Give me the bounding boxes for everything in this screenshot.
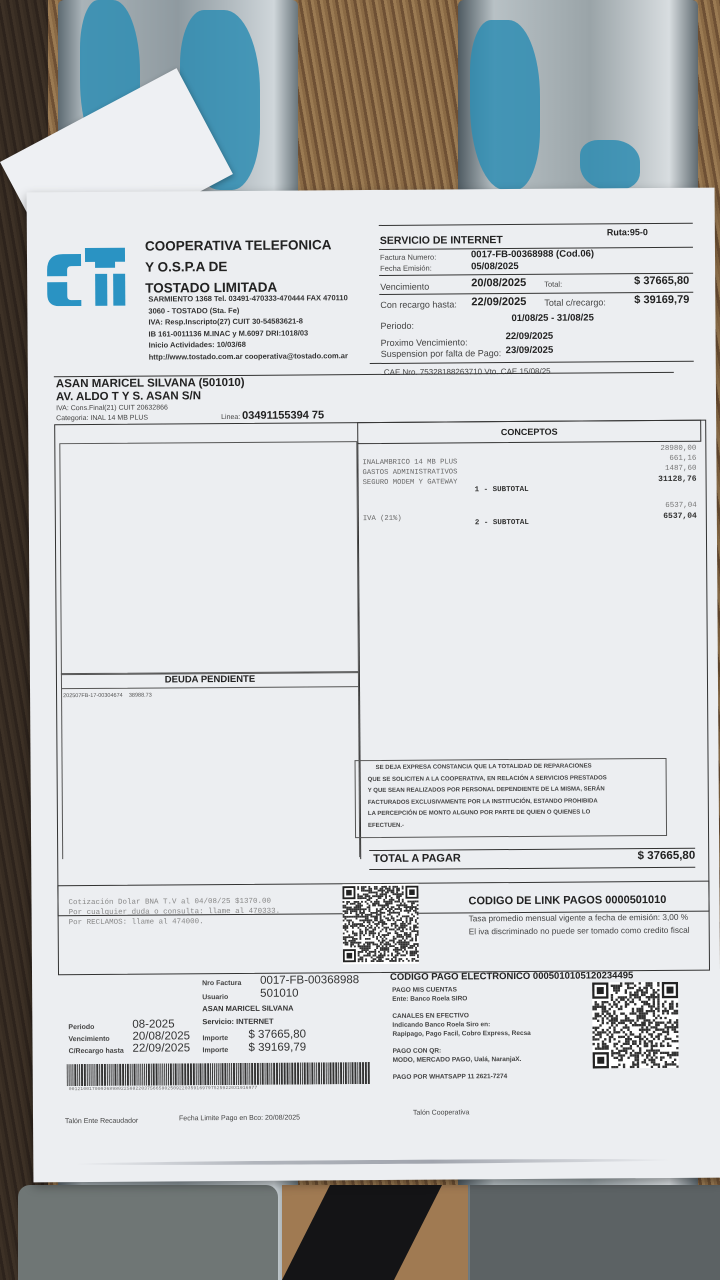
concept-label: INALAMBRICO 14 MB PLUS <box>362 458 457 467</box>
total-recargo-label: Total c/recargo: <box>544 297 606 307</box>
linea-label: Linea: <box>221 414 240 421</box>
deuda-amount: 38988.73 <box>129 693 152 699</box>
concept-label: GASTOS ADMINISTRATIVOS <box>362 468 457 477</box>
total-pagar-amount: $ 37665,80 <box>638 850 696 862</box>
nro-factura-value: 0017-FB-00368988 <box>260 974 359 987</box>
invoice-paper: COOPERATIVA TELEFONICA Y O.S.P.A DE TOST… <box>27 188 720 1183</box>
total-label: Total: <box>544 280 562 289</box>
vencimiento-label: Vencimiento <box>68 1036 109 1043</box>
paint-patch <box>580 140 640 190</box>
concept-amount: 28980,00 <box>660 445 696 453</box>
nro-factura-label: Nro Factura <box>202 980 241 987</box>
talon-coop-label: Talón Cooperativa <box>413 1109 469 1116</box>
total-recargo-amount: $ 39169,79 <box>634 294 689 306</box>
company-web: http://www.tostado.com.ar cooperativa@to… <box>149 350 349 363</box>
codigo-pago-electronico: CODIGO PAGO ELECTRONICO 0005010105120234… <box>390 970 633 983</box>
concept-label: SEGURO MODEM Y GATEWAY <box>363 478 458 487</box>
service-title: SERVICIO DE INTERNET <box>380 234 503 247</box>
iva-amount: 6537,04 <box>665 502 697 510</box>
company-name-line: Y O.S.P.A DE <box>145 255 332 277</box>
pay-qr: PAGO CON QR: MODO, MERCADO PAGO, Ualá, N… <box>393 1046 522 1065</box>
proximo-date: 22/09/2025 <box>506 331 554 342</box>
pay-efectivo: CANALES EN EFECTIVO Indicando Banco Roel… <box>392 1011 531 1039</box>
tasa-note: Tasa promedio mensual vigente a fecha de… <box>469 912 689 924</box>
company-address: SARMIENTO 1368 Tel. 03491-470333-470444 … <box>148 292 348 305</box>
pay-line: MODO, MERCADO PAGO, Ualá, NaranjaX. <box>393 1055 522 1065</box>
concept-amount: 661,16 <box>669 455 696 463</box>
recargo-label: Con recargo hasta: <box>380 299 457 310</box>
pay-whatsapp: PAGO POR WHATSAPP 11 2621-7274 <box>393 1072 508 1082</box>
subtotal2-amount: 6537,04 <box>663 512 697 521</box>
linea: Linea: 03491155394 75 <box>221 409 324 422</box>
bench-lower <box>0 1185 720 1280</box>
deuda-panel <box>61 685 360 859</box>
link-pagos-code: CODIGO DE LINK PAGOS 0000501010 <box>468 894 666 907</box>
importe-label: Importe <box>202 1035 228 1042</box>
payment-stub: Nro Factura 0017-FB-00368988 Usuario 501… <box>32 970 720 1175</box>
notice-line: EFECTUEN.- <box>368 819 660 833</box>
blank-panel <box>59 441 359 675</box>
company-info: SARMIENTO 1368 Tel. 03491-470333-470444 … <box>148 292 348 362</box>
detail-grid: CONCEPTOS 28980,00 INALAMBRICO 14 MB PLU… <box>54 420 709 917</box>
total-pagar-label: TOTAL A PAGAR <box>373 852 461 865</box>
suspension-date: 23/09/2025 <box>506 345 554 356</box>
footer-box: Cotización Dolar BNA T.V al 04/08/25 $13… <box>57 881 710 976</box>
total-amount: $ 37665,80 <box>634 275 689 287</box>
recargo-date: 22/09/2025 <box>471 296 526 308</box>
factura-label: Factura Numero: <box>380 253 436 262</box>
divider <box>54 372 674 377</box>
ruta: Ruta:95-0 <box>607 227 648 237</box>
pay-line: PAGO POR WHATSAPP 11 2621-7274 <box>393 1072 508 1082</box>
pay-line: Ente: Banco Roela SIRO <box>392 994 467 1004</box>
linea-number: 03491155394 75 <box>242 409 324 422</box>
footer-notes: Cotización Dolar BNA T.V al 04/08/25 $13… <box>68 897 280 928</box>
reclamos-note: Por RECLAMOS: llame al 474000. <box>69 917 281 928</box>
iva-note: El iva discriminado no puede ser tomado … <box>469 925 690 937</box>
subtotal1-amount: 31128,76 <box>658 475 696 484</box>
talon-client: ASAN MARICEL SILVANA <box>202 1004 293 1014</box>
recargo-label: C/Recargo hasta <box>69 1048 124 1055</box>
usuario-value: 501010 <box>260 988 298 1000</box>
vencimiento-label: Vencimiento <box>380 282 429 292</box>
qr-code-icon[interactable] <box>342 884 419 965</box>
subtotal1-label: 1 - SUBTOTAL <box>475 486 529 494</box>
importe-label: Importe <box>203 1047 229 1054</box>
cae-number: CAE Nro. 75328188263710 Vto. CAE 15/08/2… <box>384 367 551 377</box>
pay-mis-cuentas: PAGO MIS CUENTAS Ente: Banco Roela SIRO <box>392 985 467 1004</box>
barcode-digits: 0012100170093689802250822037566580250922… <box>69 1086 258 1092</box>
paint-patch <box>470 20 540 190</box>
total-a-pagar: TOTAL A PAGAR $ 37665,80 <box>369 848 695 870</box>
client-name: ASAN MARICEL SILVANA (501010) <box>56 377 245 391</box>
importe-recargo-value: $ 39169,79 <box>248 1041 306 1053</box>
deuda-ref: 202507FB-17-00304674 <box>63 693 123 699</box>
fecha-limite: Fecha Limite Pago en Bco: 20/08/2025 <box>179 1115 300 1123</box>
talon-ente-label: Talón Ente Recaudador <box>65 1118 138 1126</box>
iva-label: IVA (21%) <box>363 515 402 523</box>
repairs-notice: SE DEJA EXPRESA CONSTANCIA QUE LA TOTALI… <box>355 758 668 838</box>
suspension-label: Suspension por falta de Pago: <box>381 348 502 359</box>
ctt-logo-icon <box>45 240 127 307</box>
recargo-value: 22/09/2025 <box>132 1042 190 1054</box>
periodo-label: Periodo: <box>380 321 414 331</box>
client-address: AV. ALDO T Y S. ASAN S/N <box>56 390 245 404</box>
talon-servicio: Servicio: INTERNET <box>202 1017 273 1026</box>
company-name: COOPERATIVA TELEFONICA Y O.S.P.A DE TOST… <box>145 234 332 298</box>
company-name-line: COOPERATIVA TELEFONICA <box>145 234 332 256</box>
periodo-label: Periodo <box>68 1024 94 1031</box>
vencimiento-value: 20/08/2025 <box>132 1030 190 1042</box>
qr-code-icon[interactable] <box>592 982 679 1069</box>
concept-amount: 1487,60 <box>665 465 697 473</box>
subtotal2-label: 2 - SUBTOTAL <box>475 519 529 527</box>
deuda-row: 202507FB-17-00304674 38988.73 <box>63 693 152 700</box>
barcode-icon <box>67 1062 371 1086</box>
periodo-range: 01/08/25 - 31/08/25 <box>511 312 593 324</box>
pay-line: Rapipago, Pago Facil, Cobro Express, Rec… <box>392 1029 530 1039</box>
emision-date: 05/08/2025 <box>471 261 519 272</box>
usuario-label: Usuario <box>202 994 228 1001</box>
importe-value: $ 37665,80 <box>248 1028 306 1040</box>
factura-number: 0017-FB-00368988 (Cod.06) <box>471 248 594 260</box>
periodo-value: 08-2025 <box>132 1018 174 1030</box>
invoice-summary: SERVICIO DE INTERNET Ruta:95-0 Factura N… <box>379 223 694 355</box>
proximo-label: Proximo Vencimiento: <box>381 337 468 348</box>
vencimiento-date: 20/08/2025 <box>471 277 526 289</box>
client-block: ASAN MARICEL SILVANA (501010) AV. ALDO T… <box>56 377 245 424</box>
emision-label: Fecha Emisión: <box>380 264 432 273</box>
